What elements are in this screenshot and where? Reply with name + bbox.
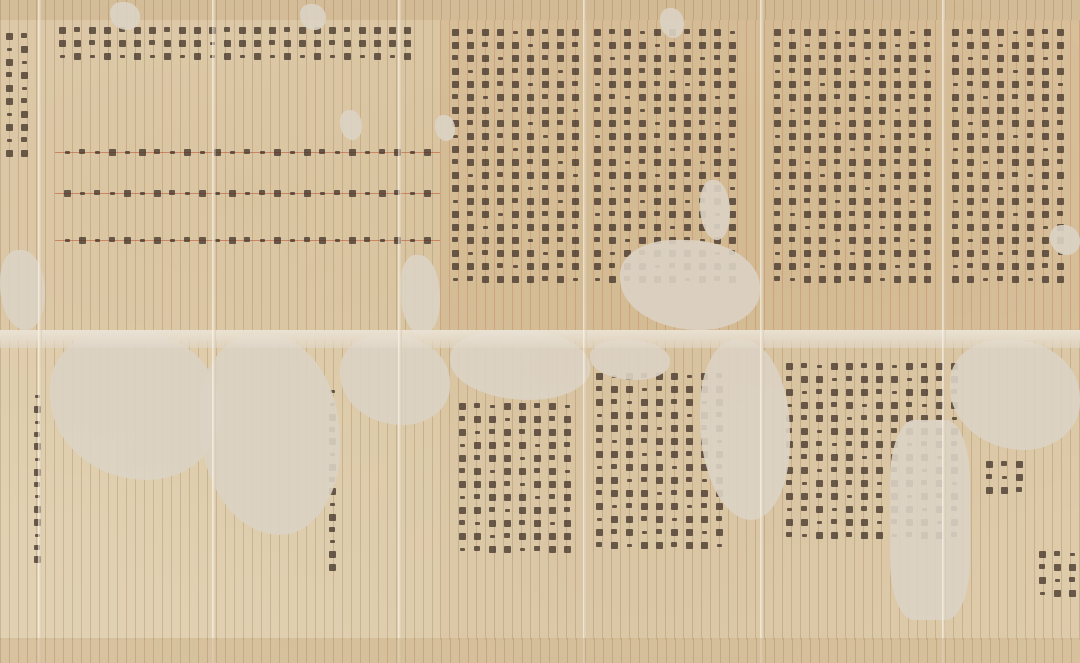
dense-text-block <box>770 26 935 286</box>
silk-loss-area <box>435 115 455 141</box>
text-block <box>55 24 415 63</box>
fragment-text-block <box>982 458 1027 497</box>
fragment-text-block <box>1035 548 1080 600</box>
vertical-fold <box>760 0 764 663</box>
fragment-text-block <box>455 400 575 556</box>
silk-loss-area <box>340 110 362 140</box>
table-row <box>60 146 435 159</box>
text-column <box>2 30 32 160</box>
horizontal-fold <box>0 330 1080 348</box>
vertical-fold <box>583 0 587 663</box>
upper-left-panel <box>0 20 440 330</box>
bottom-margin-band <box>0 638 1080 663</box>
vertical-fold <box>212 0 216 663</box>
top-margin-band <box>0 0 1080 20</box>
silk-manuscript-photo: Folded silk panels with ruled columns; l… <box>0 0 1080 663</box>
dense-text-block <box>448 26 583 286</box>
dense-text-block <box>948 26 1068 286</box>
silk-loss-area <box>660 8 684 38</box>
vertical-fold <box>398 0 402 663</box>
silk-loss-area <box>890 420 970 620</box>
table-row <box>60 187 435 200</box>
silk-loss-area <box>300 4 326 30</box>
table-row <box>60 234 435 247</box>
vertical-fold <box>38 0 42 663</box>
vertical-fold <box>942 0 946 663</box>
